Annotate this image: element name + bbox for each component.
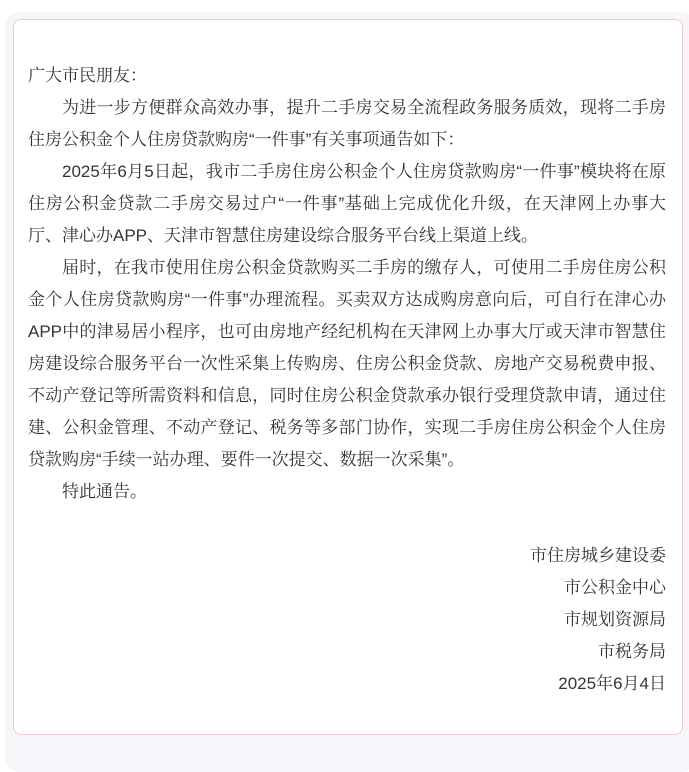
notice-paragraph: 特此通告。 [28, 476, 666, 508]
salutation: 广大市民朋友： [28, 60, 666, 92]
notice-paragraph: 为进一步方便群众高效办事，提升二手房交易全流程政务服务质效，现将二手房住房公积金… [28, 92, 666, 156]
notice-paragraph: 2025年6月5日起，我市二手房住房公积金个人住房贷款购房“一件事”模块将在原住… [28, 156, 666, 252]
signature-line: 市公积金中心 [28, 572, 666, 604]
signature-block: 市住房城乡建设委 市公积金中心 市规划资源局 市税务局 2025年6月4日 [28, 540, 666, 700]
signature-line: 市规划资源局 [28, 604, 666, 636]
notice-paragraph: 届时，在我市使用住房公积金贷款购买二手房的缴存人，可使用二手房住房公积金个人住房… [28, 252, 666, 476]
notice-card: 广大市民朋友： 为进一步方便群众高效办事，提升二手房交易全流程政务服务质效，现将… [13, 19, 683, 735]
notice-body: 广大市民朋友： 为进一步方便群众高效办事，提升二手房交易全流程政务服务质效，现将… [28, 60, 666, 508]
notice-panel: 广大市民朋友： 为进一步方便群众高效办事，提升二手房交易全流程政务服务质效，现将… [5, 12, 689, 748]
notice-date: 2025年6月4日 [28, 668, 666, 700]
signature-line: 市税务局 [28, 636, 666, 668]
signature-line: 市住房城乡建设委 [28, 540, 666, 572]
blank-line [28, 508, 666, 540]
